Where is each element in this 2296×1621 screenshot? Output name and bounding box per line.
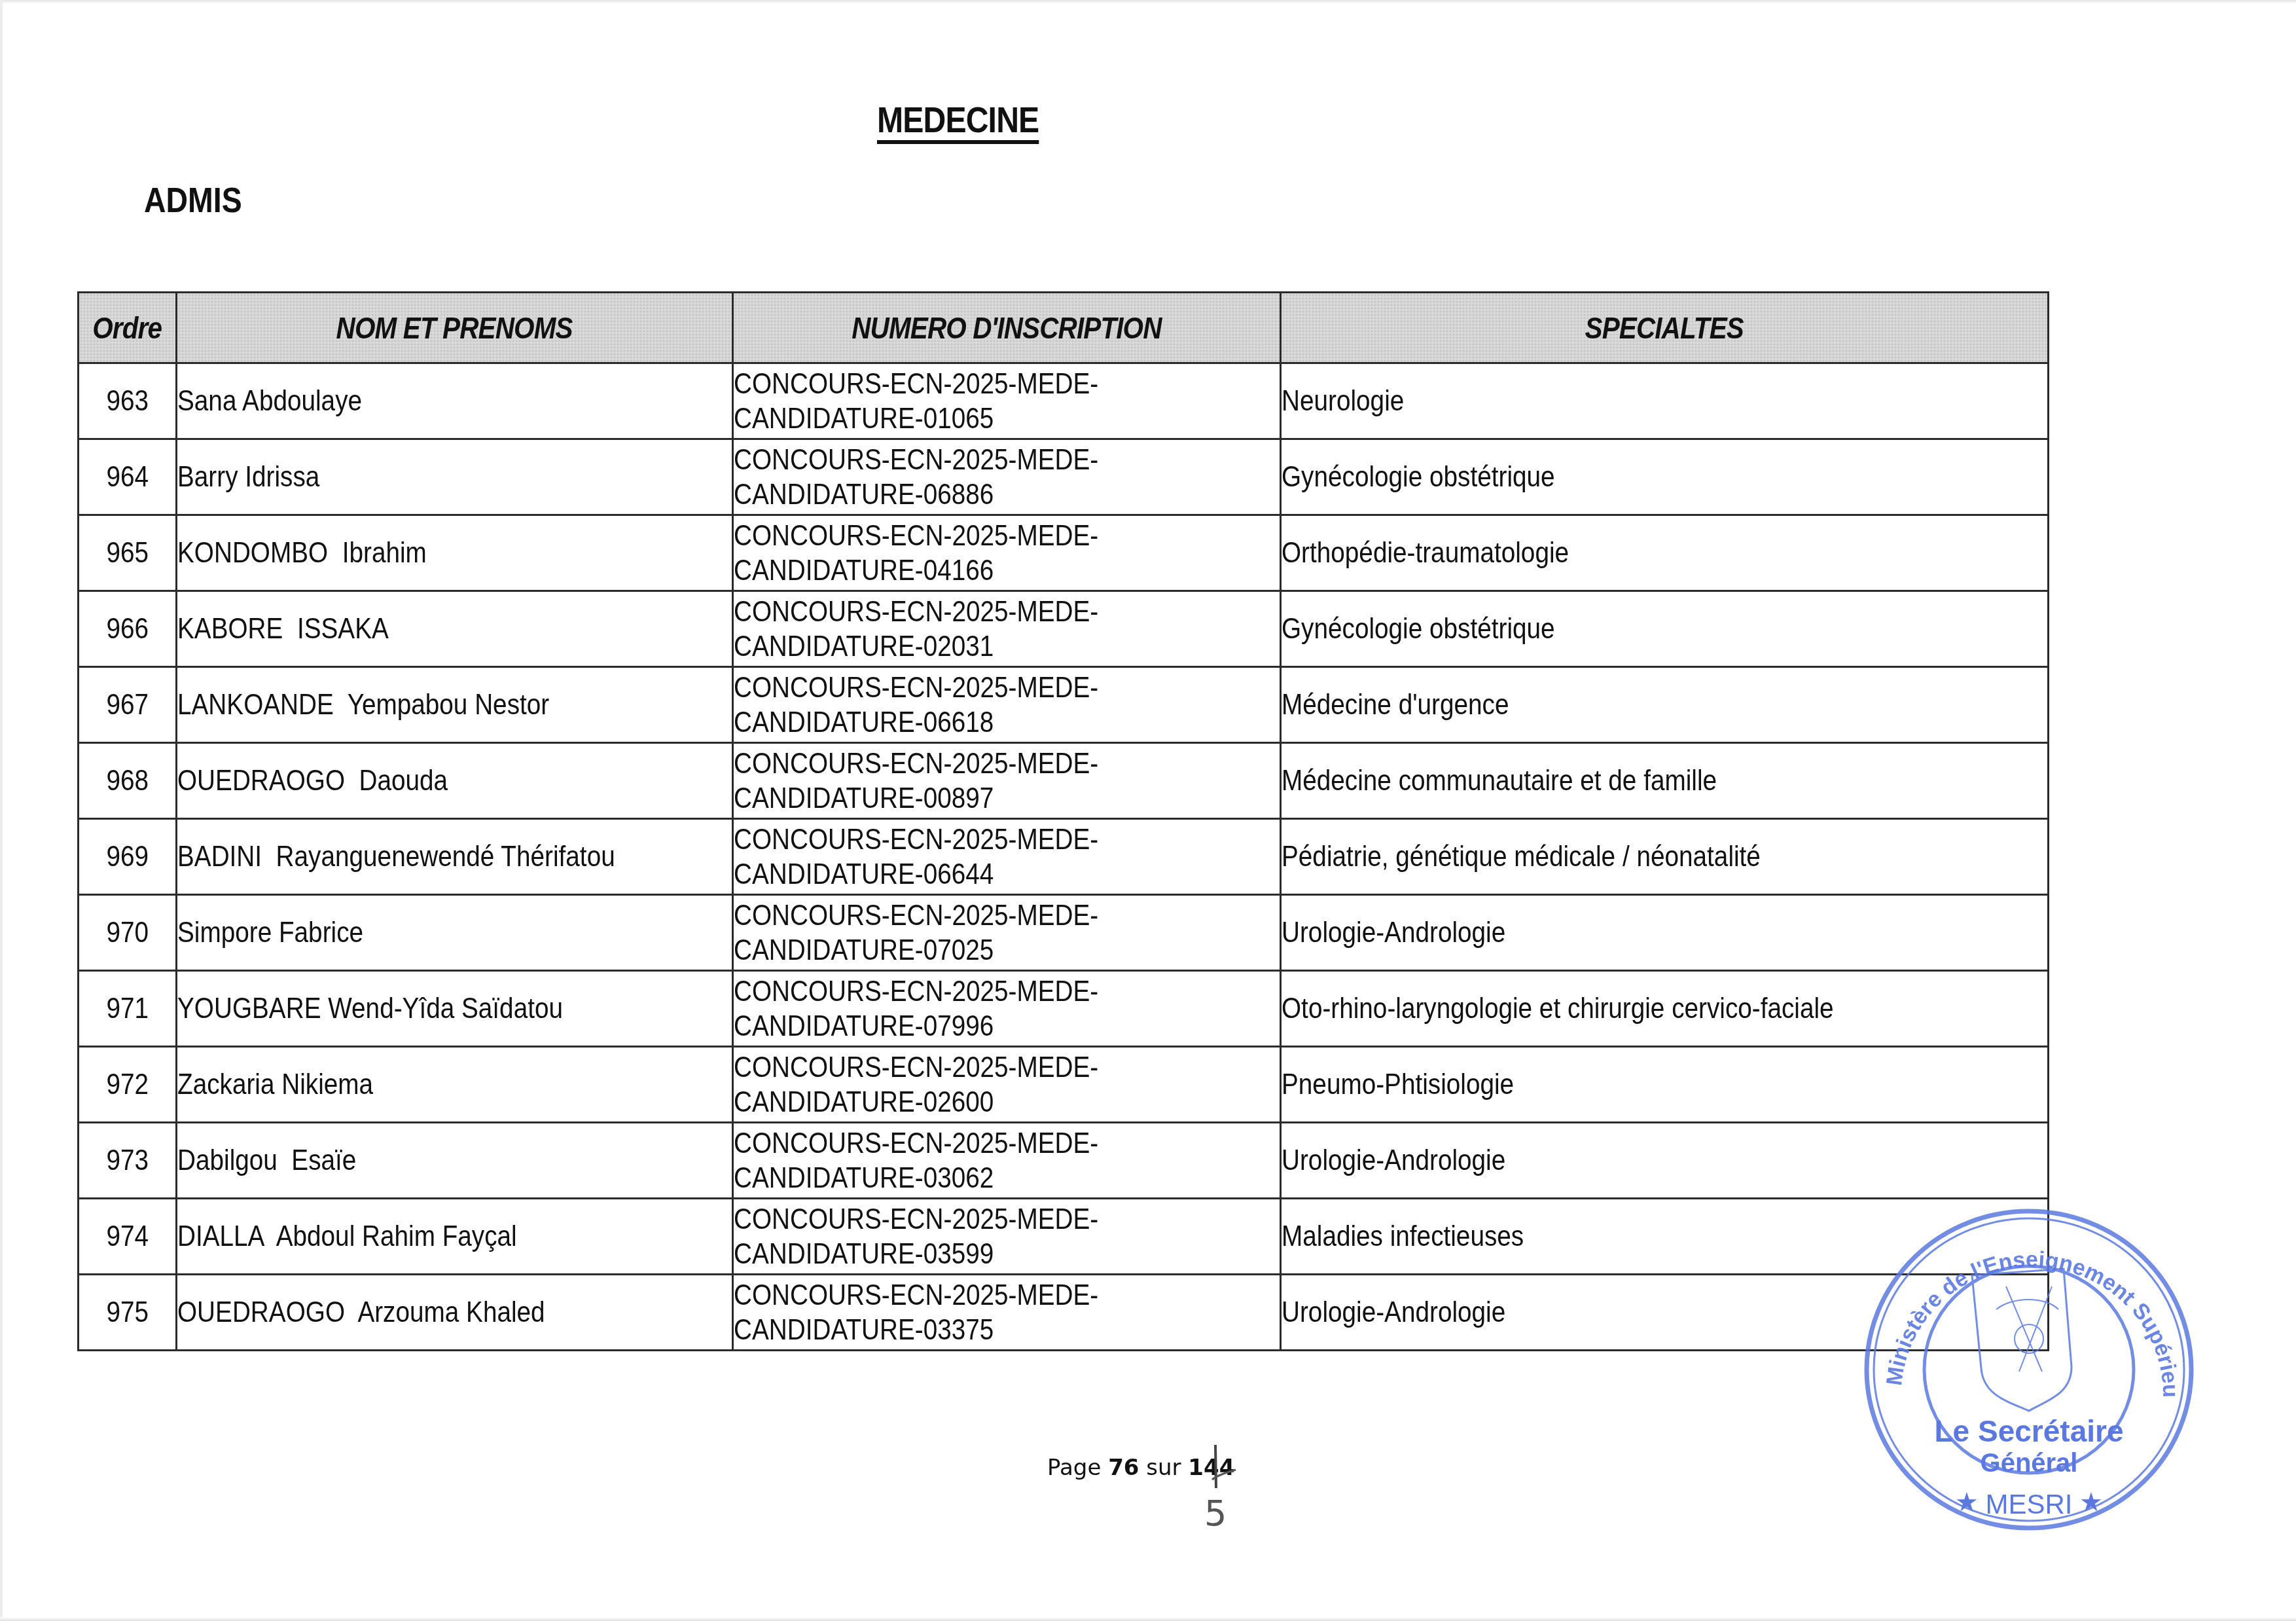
table-row: 971 YOUGBARE Wend-Yîda Saïdatou CONCOURS… — [79, 971, 2049, 1047]
cell-numero: CONCOURS-ECN-2025-MEDE- CANDIDATURE-0799… — [733, 971, 1281, 1047]
cell-numero: CONCOURS-ECN-2025-MEDE- CANDIDATURE-0702… — [733, 895, 1281, 971]
cell-ordre: 964 — [79, 439, 177, 515]
cell-nom: Dabilgou Esaïe — [177, 1123, 733, 1199]
cell-specialite: Urologie-Andrologie — [1281, 1123, 2049, 1199]
cell-numero: CONCOURS-ECN-2025-MEDE- CANDIDATURE-0359… — [733, 1199, 1281, 1275]
table-row: 970 Simpore Fabrice CONCOURS-ECN-2025-ME… — [79, 895, 2049, 971]
cell-numero: CONCOURS-ECN-2025-MEDE- CANDIDATURE-0306… — [733, 1123, 1281, 1199]
cell-specialite: Gynécologie obstétrique — [1281, 591, 2049, 667]
cell-specialite: Urologie-Andrologie — [1281, 895, 2049, 971]
cell-ordre: 966 — [79, 591, 177, 667]
cell-ordre: 970 — [79, 895, 177, 971]
cell-ordre: 971 — [79, 971, 177, 1047]
cell-nom: Simpore Fabrice — [177, 895, 733, 971]
header-specialites: SPECIALTES — [1281, 293, 2049, 363]
cell-numero: CONCOURS-ECN-2025-MEDE- CANDIDATURE-0688… — [733, 439, 1281, 515]
header-numero-inscription: NUMERO D'INSCRIPTION — [733, 293, 1281, 363]
table-header-row: Ordre NOM ET PRENOMS NUMERO D'INSCRIPTIO… — [79, 293, 2049, 363]
handwritten-correction-mark: 5 — [1198, 1444, 1237, 1529]
svg-text:5: 5 — [1204, 1493, 1227, 1529]
table-row: 975 OUEDRAOGO Arzouma Khaled CONCOURS-EC… — [79, 1275, 2049, 1351]
admitted-table: Ordre NOM ET PRENOMS NUMERO D'INSCRIPTIO… — [77, 291, 2049, 1351]
cell-numero: CONCOURS-ECN-2025-MEDE- CANDIDATURE-0416… — [733, 515, 1281, 591]
cell-nom: Barry Idrissa — [177, 439, 733, 515]
cell-nom: YOUGBARE Wend-Yîda Saïdatou — [177, 971, 733, 1047]
cell-nom: BADINI Rayanguenewendé Thérifatou — [177, 819, 733, 895]
table-row: 965 KONDOMBO Ibrahim CONCOURS-ECN-2025-M… — [79, 515, 2049, 591]
cell-numero: CONCOURS-ECN-2025-MEDE- CANDIDATURE-0203… — [733, 591, 1281, 667]
scan-bottom-edge — [0, 1617, 2296, 1621]
cell-specialite: Neurologie — [1281, 363, 2049, 439]
table-row: 973 Dabilgou Esaïe CONCOURS-ECN-2025-MED… — [79, 1123, 2049, 1199]
section-title: ADMIS — [144, 180, 242, 221]
cell-numero: CONCOURS-ECN-2025-MEDE- CANDIDATURE-0089… — [733, 743, 1281, 819]
cell-numero: CONCOURS-ECN-2025-MEDE- CANDIDATURE-0664… — [733, 819, 1281, 895]
cell-numero: CONCOURS-ECN-2025-MEDE- CANDIDATURE-0106… — [733, 363, 1281, 439]
table-row: 967 LANKOANDE Yempabou Nestor CONCOURS-E… — [79, 667, 2049, 743]
cell-specialite: Médecine d'urgence — [1281, 667, 2049, 743]
cell-ordre: 974 — [79, 1199, 177, 1275]
svg-text:MESRI: MESRI — [1985, 1489, 2072, 1520]
cell-ordre: 967 — [79, 667, 177, 743]
cell-numero: CONCOURS-ECN-2025-MEDE- CANDIDATURE-0260… — [733, 1047, 1281, 1123]
cell-nom: Zackaria Nikiema — [177, 1047, 733, 1123]
star-icon: ★ — [2079, 1488, 2103, 1517]
cell-specialite: Pédiatrie, génétique médicale / néonatal… — [1281, 819, 2049, 895]
cell-specialite: Oto-rhino-laryngologie et chirurgie cerv… — [1281, 971, 2049, 1047]
footer-separator: sur — [1139, 1455, 1188, 1481]
header-nom-prenoms: NOM ET PRENOMS — [177, 293, 733, 363]
cell-numero: CONCOURS-ECN-2025-MEDE- CANDIDATURE-0337… — [733, 1275, 1281, 1351]
table-row: 963 Sana Abdoulaye CONCOURS-ECN-2025-MED… — [79, 363, 2049, 439]
cell-ordre: 975 — [79, 1275, 177, 1351]
svg-text:Général: Général — [1981, 1449, 2078, 1478]
cell-nom: OUEDRAOGO Daouda — [177, 743, 733, 819]
cell-specialite: Pneumo-Phtisiologie — [1281, 1047, 2049, 1123]
header-ordre: Ordre — [79, 293, 177, 363]
table-row: 968 OUEDRAOGO Daouda CONCOURS-ECN-2025-M… — [79, 743, 2049, 819]
table-row: 964 Barry Idrissa CONCOURS-ECN-2025-MEDE… — [79, 439, 2049, 515]
cell-nom: KABORE ISSAKA — [177, 591, 733, 667]
official-stamp: Ministère de l'Enseignement Supérieur, d… — [1856, 1198, 2202, 1539]
cell-specialite: Gynécologie obstétrique — [1281, 439, 2049, 515]
cell-ordre: 969 — [79, 819, 177, 895]
cell-ordre: 965 — [79, 515, 177, 591]
cell-ordre: 963 — [79, 363, 177, 439]
table-row: 974 DIALLA Abdoul Rahim Fayçal CONCOURS-… — [79, 1199, 2049, 1275]
cell-nom: KONDOMBO Ibrahim — [177, 515, 733, 591]
current-page: 76 — [1108, 1455, 1139, 1481]
star-icon: ★ — [1955, 1488, 1979, 1517]
cell-nom: Sana Abdoulaye — [177, 363, 733, 439]
footer-prefix: Page — [1047, 1455, 1108, 1481]
scan-top-edge — [0, 0, 2296, 4]
table-row: 972 Zackaria Nikiema CONCOURS-ECN-2025-M… — [79, 1047, 2049, 1123]
cell-nom: OUEDRAOGO Arzouma Khaled — [177, 1275, 733, 1351]
scan-left-edge — [0, 0, 3, 1621]
cell-nom: LANKOANDE Yempabou Nestor — [177, 667, 733, 743]
cell-numero: CONCOURS-ECN-2025-MEDE- CANDIDATURE-0661… — [733, 667, 1281, 743]
cell-specialite: Orthopédie-traumatologie — [1281, 515, 2049, 591]
cell-nom: DIALLA Abdoul Rahim Fayçal — [177, 1199, 733, 1275]
table-row: 969 BADINI Rayanguenewendé Thérifatou CO… — [79, 819, 2049, 895]
document-title: MEDECINE — [877, 98, 1039, 141]
cell-ordre: 973 — [79, 1123, 177, 1199]
cell-specialite: Médecine communautaire et de famille — [1281, 743, 2049, 819]
cell-ordre: 972 — [79, 1047, 177, 1123]
table-row: 966 KABORE ISSAKA CONCOURS-ECN-2025-MEDE… — [79, 591, 2049, 667]
cell-ordre: 968 — [79, 743, 177, 819]
svg-text:Le Secrétaire: Le Secrétaire — [1935, 1414, 2124, 1448]
